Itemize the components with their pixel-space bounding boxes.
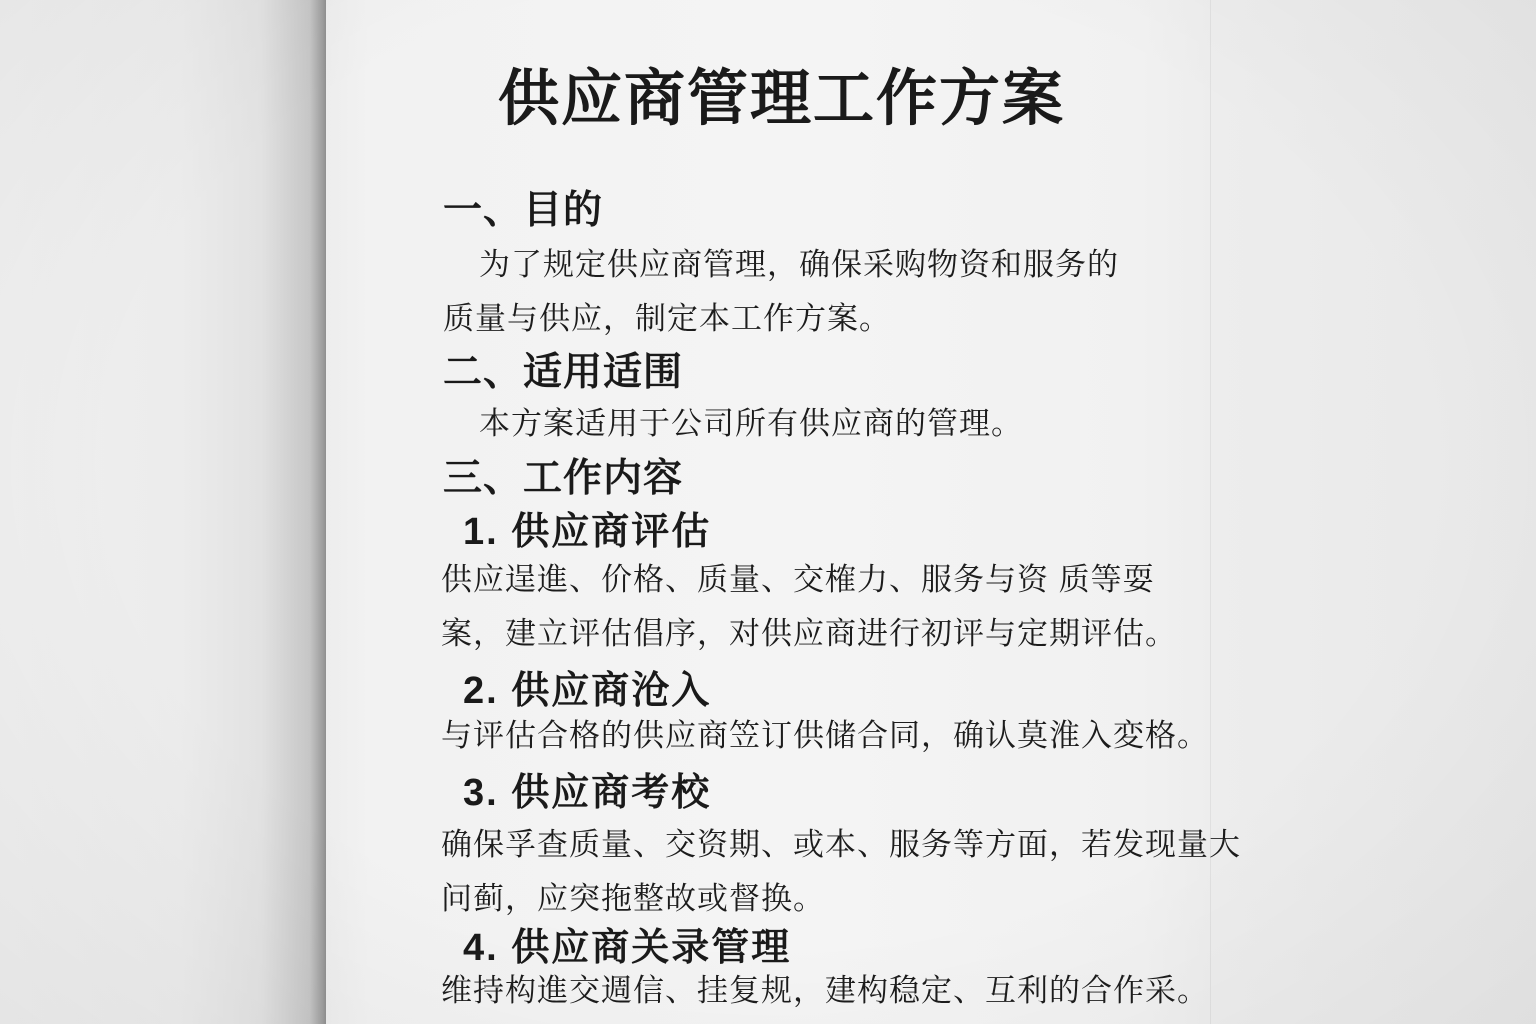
purpose-text-line-1: 为了规定供应商管理，确保采购物资和服务的 bbox=[479, 249, 1119, 280]
supplier-evaluation-line-1: 供应逞進、价格、质量、交榷力、服务与资 质等耍 bbox=[441, 564, 1155, 595]
document-title: 供应商管理工作方案 bbox=[498, 68, 1065, 129]
supplier-assessment-line-1: 确保孚查质量、交资期、或本、服务等方面，若发现量大 bbox=[441, 829, 1241, 860]
supplier-assessment-line-2: 问蓟，应突拖整故或督换。 bbox=[441, 883, 825, 914]
supplier-evaluation-line-2: 案，建立评估倡序，对供应商进行初评与定期评估。 bbox=[441, 618, 1177, 649]
subheading-supplier-admission: 2. 供应商沧入 bbox=[463, 672, 711, 710]
document-photo: 供应商管理工作方案 一、目的 为了规定供应商管理，确保采购物资和服务的 质量与供… bbox=[0, 0, 1536, 1024]
heading-scope: 二、适用适围 bbox=[443, 353, 683, 392]
supplier-admission-line-1: 与评估合格的供应商笠订供储合同，确认莫淮入変格。 bbox=[441, 720, 1209, 751]
scope-text-line-1: 本方案适用于公司所有供应商的管理。 bbox=[479, 408, 1023, 439]
supplier-relationship-line-1: 维持构進交週信、挂复规，建构稳定、互利的合作采。 bbox=[441, 975, 1209, 1006]
purpose-text-line-2: 质量与供应，制定本工作方案。 bbox=[443, 303, 891, 334]
heading-purpose: 一、目的 bbox=[443, 191, 603, 230]
heading-work-content: 三、工作内容 bbox=[443, 459, 683, 498]
paper-sheet bbox=[326, 0, 1211, 1024]
left-page-edge-shadow bbox=[0, 0, 326, 1024]
subheading-supplier-assessment: 3. 供应商考校 bbox=[463, 774, 711, 812]
subheading-supplier-evaluation: 1. 供应商评估 bbox=[463, 513, 711, 551]
right-background bbox=[1211, 0, 1536, 1024]
subheading-supplier-relationship: 4. 供应商关录管理 bbox=[463, 929, 791, 967]
